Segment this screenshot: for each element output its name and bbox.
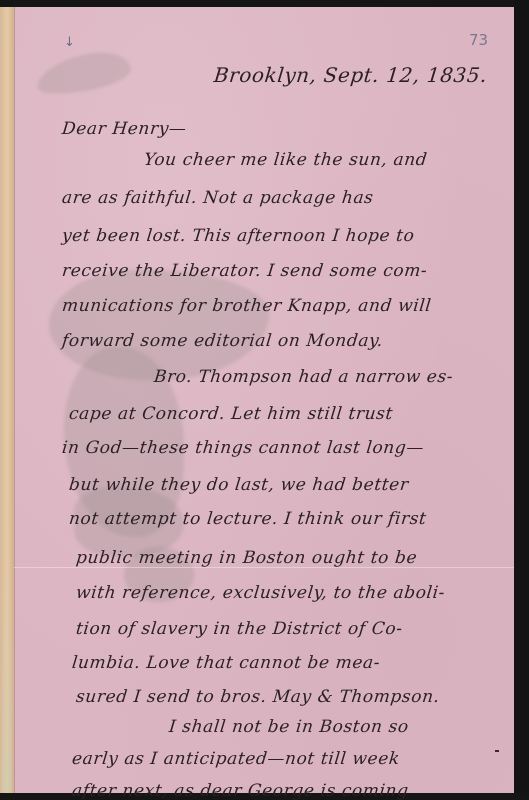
- letter-line: tion of slavery in the District of Co-: [75, 619, 404, 639]
- letter-line: yet been lost. This afternoon I hope to: [61, 226, 416, 246]
- salutation: Dear Henry—: [61, 119, 188, 139]
- pencil-check-mark: ↓: [64, 35, 75, 50]
- letter-line: are as faithful. Not a package has: [61, 188, 375, 208]
- letter-line: in God—these things cannot last long—: [61, 438, 425, 458]
- water-stain: [49, 270, 269, 380]
- letter-line: lumbia. Love that cannot be mea-: [71, 653, 381, 673]
- letter-line: not attempt to lecture. I think our firs…: [68, 509, 428, 529]
- letter-line: receive the Liberator. I send some com-: [61, 261, 428, 281]
- folio-number: 73: [469, 31, 488, 49]
- letter-line: forward some editorial on Monday.: [61, 331, 384, 351]
- scan-border-top: [0, 0, 529, 7]
- letter-line: after next, as dear George is coming: [71, 781, 410, 800]
- letter-line: public meeting in Boston ought to be: [75, 548, 418, 568]
- fold-crease: [14, 567, 514, 568]
- scan-border-right: [514, 0, 529, 800]
- binding-strip: [0, 7, 14, 793]
- dateline: Brooklyn, Sept. 12, 1835.: [213, 63, 489, 87]
- letter-line: munications for brother Knapp, and will: [61, 296, 432, 316]
- water-stain: [34, 47, 134, 99]
- letter-line: You cheer me like the sun, and: [143, 150, 428, 170]
- letter-line: Bro. Thompson had a narrow es-: [153, 367, 454, 387]
- letter-line: cape at Concord. Let him still trust: [68, 404, 394, 424]
- letter-line: but while they do last, we had better: [68, 475, 410, 495]
- letter-line: sured I send to bros. May & Thompson.: [75, 687, 441, 707]
- letter-line: early as I anticipated—not till week: [71, 749, 401, 769]
- letter-page: ↓ 73 Brooklyn, Sept. 12, 1835. Dear Henr…: [14, 7, 514, 793]
- letter-line: I shall not be in Boston so: [168, 717, 410, 737]
- ink-dot: [495, 750, 499, 752]
- letter-line: with reference, exclusively, to the abol…: [75, 583, 446, 603]
